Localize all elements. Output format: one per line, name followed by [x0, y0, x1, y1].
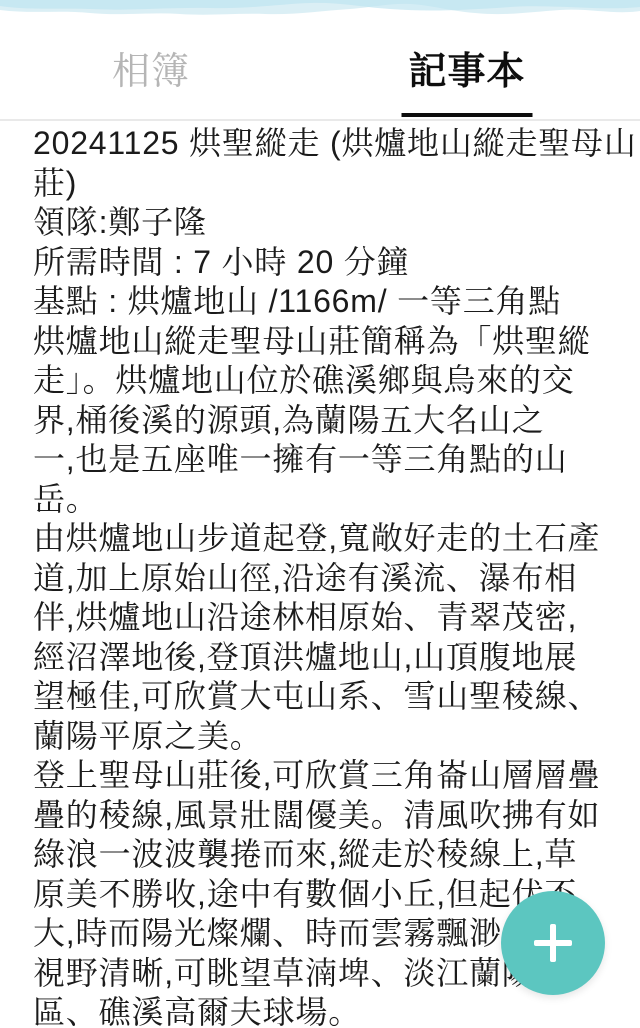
- tab-notebook-label: 記事本: [408, 40, 525, 95]
- note-line: 由烘爐地山步道起登,寬敞好走的土石產: [33, 519, 612, 559]
- note-line: 蘭陽平原之美。: [33, 717, 612, 757]
- note-line: 望極佳,可欣賞大屯山系、雪山聖稜線、: [33, 677, 612, 717]
- tab-notebook[interactable]: 記事本: [307, 0, 627, 119]
- note-line: 綠浪一波波襲捲而來,縱走於稜線上,草: [33, 835, 612, 875]
- note-line: 莊): [33, 164, 612, 204]
- plus-icon: [534, 924, 572, 962]
- note-line: 道,加上原始山徑,沿途有溪流、瀑布相: [33, 559, 612, 599]
- note-line: 疊的稜線,風景壯闊優美。清風吹拂有如: [33, 796, 612, 836]
- note-line: 登上聖母山莊後,可欣賞三角崙山層層疊: [33, 756, 612, 796]
- note-line: 走」。烘爐地山位於礁溪鄉與烏來的交: [33, 361, 612, 401]
- add-note-button[interactable]: [501, 891, 605, 995]
- note-line: 經沼澤地後,登頂洪爐地山,山頂腹地展: [33, 638, 612, 678]
- note-line: 伴,烘爐地山沿途林相原始、青翠茂密,: [33, 598, 612, 638]
- note-line: 所需時間 : 7 小時 20 分鐘: [33, 243, 612, 283]
- active-tab-underline: [402, 113, 533, 117]
- note-line: 領隊:鄭子隆: [33, 203, 612, 243]
- note-line: 20241125 烘聖縱走 (烘爐地山縱走聖母山: [33, 124, 612, 164]
- app-screen: 相簿 記事本 20241125 烘聖縱走 (烘爐地山縱走聖母山莊)領隊:鄭子隆所…: [0, 0, 640, 1028]
- note-line: 岳。: [33, 480, 612, 520]
- note-line: 區、礁溪高爾夫球場。: [33, 993, 612, 1028]
- tab-album-label: 相簿: [112, 40, 190, 95]
- tab-bar: 相簿 記事本: [0, 0, 640, 121]
- note-line: 界,桶後溪的源頭,為蘭陽五大名山之: [33, 401, 612, 441]
- tab-album[interactable]: 相簿: [0, 0, 311, 119]
- note-line: 一,也是五座唯一擁有一等三角點的山: [33, 440, 612, 480]
- note-line: 烘爐地山縱走聖母山莊簡稱為「烘聖縱: [33, 322, 612, 362]
- note-line: 基點 : 烘爐地山 /1166m/ 一等三角點: [33, 282, 612, 322]
